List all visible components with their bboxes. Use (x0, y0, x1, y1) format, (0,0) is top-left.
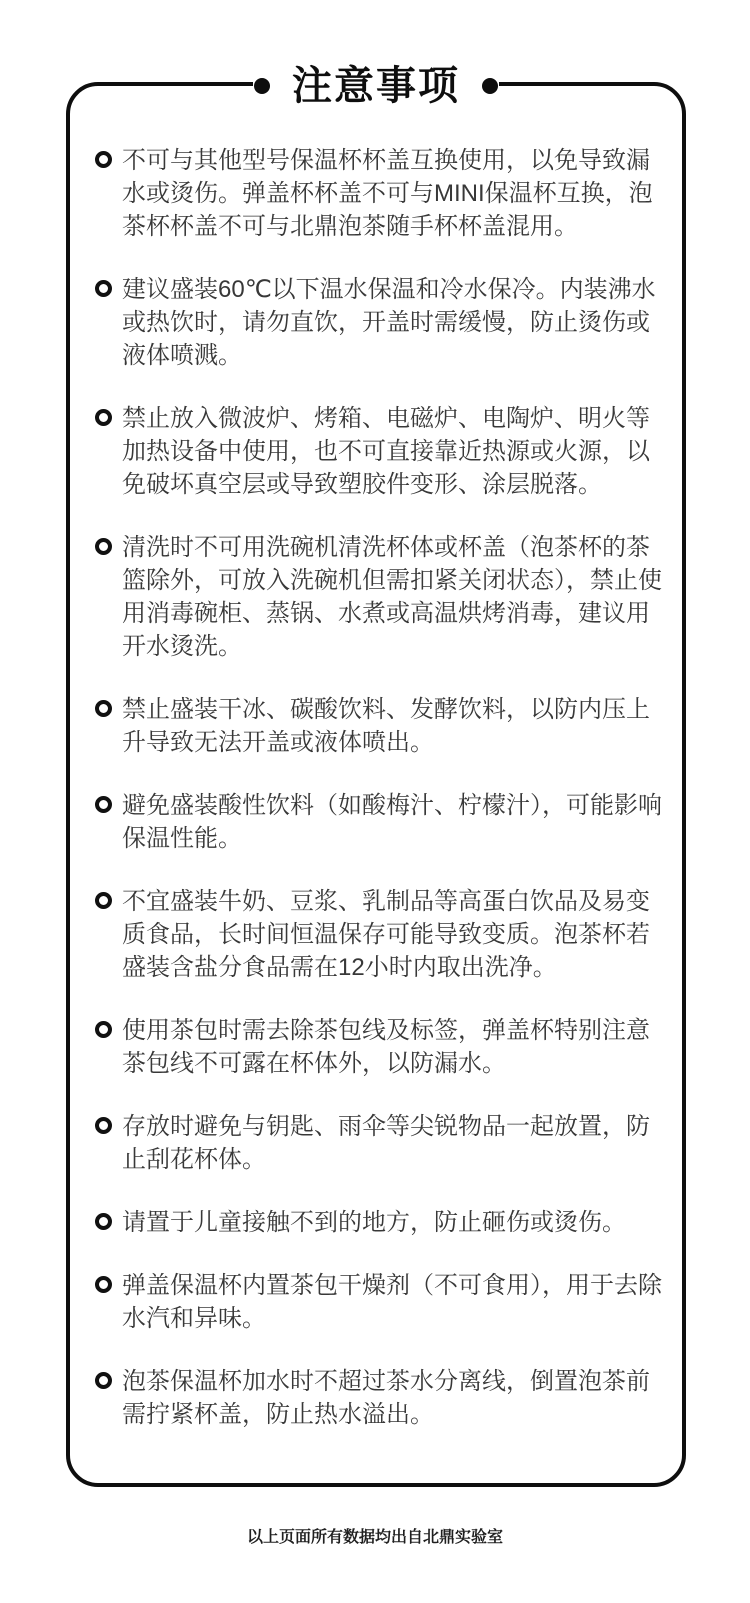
notice-item: 避免盛装酸性饮料（如酸梅汁、柠檬汁），可能影响保温性能。 (95, 789, 662, 855)
notice-item: 禁止盛装干冰、碳酸饮料、发酵饮料，以防内压上升导致无法开盖或液体喷出。 (95, 693, 662, 759)
notice-title-bar: 注意事项 (253, 58, 499, 114)
notice-item-text: 不宜盛装牛奶、豆浆、乳制品等高蛋白饮品及易变质食品，长时间恒温保存可能导致变质。… (122, 885, 662, 984)
notice-list: 不可与其他型号保温杯杯盖互换使用，以免导致漏水或烫伤。弹盖杯杯盖不可与MINI保… (70, 86, 682, 1431)
notice-item: 泡茶保温杯加水时不超过茶水分离线，倒置泡茶前需拧紧杯盖，防止热水溢出。 (95, 1365, 662, 1431)
notice-item-text: 存放时避免与钥匙、雨伞等尖锐物品一起放置，防止刮花杯体。 (122, 1110, 662, 1176)
bullet-ring-icon (95, 892, 112, 909)
bullet-ring-icon (95, 151, 112, 168)
notice-item: 存放时避免与钥匙、雨伞等尖锐物品一起放置，防止刮花杯体。 (95, 1110, 662, 1176)
notice-box: 注意事项 不可与其他型号保温杯杯盖互换使用，以免导致漏水或烫伤。弹盖杯杯盖不可与… (66, 82, 686, 1487)
bullet-ring-icon (95, 280, 112, 297)
notice-item-text: 泡茶保温杯加水时不超过茶水分离线，倒置泡茶前需拧紧杯盖，防止热水溢出。 (122, 1365, 662, 1431)
notice-item: 清洗时不可用洗碗机清洗杯体或杯盖（泡茶杯的茶篮除外，可放入洗碗机但需扣紧关闭状态… (95, 531, 662, 663)
notice-item: 使用茶包时需去除茶包线及标签，弹盖杯特别注意茶包线不可露在杯体外，以防漏水。 (95, 1014, 662, 1080)
bullet-ring-icon (95, 1021, 112, 1038)
notice-item-text: 避免盛装酸性饮料（如酸梅汁、柠檬汁），可能影响保温性能。 (122, 789, 662, 855)
bullet-ring-icon (95, 1372, 112, 1389)
title-dot-right-icon (482, 78, 498, 94)
bullet-ring-icon (95, 1276, 112, 1293)
page-title: 注意事项 (292, 66, 460, 106)
title-dot-left-icon (254, 78, 270, 94)
notice-item-text: 请置于儿童接触不到的地方，防止砸伤或烫伤。 (122, 1206, 662, 1239)
bullet-ring-icon (95, 409, 112, 426)
notice-item: 请置于儿童接触不到的地方，防止砸伤或烫伤。 (95, 1206, 662, 1239)
notice-item-text: 清洗时不可用洗碗机清洗杯体或杯盖（泡茶杯的茶篮除外，可放入洗碗机但需扣紧关闭状态… (122, 531, 662, 663)
bullet-ring-icon (95, 700, 112, 717)
notice-item-text: 建议盛装60℃以下温水保温和冷水保冷。内装沸水或热饮时，请勿直饮，开盖时需缓慢，… (122, 273, 662, 372)
notice-item: 不宜盛装牛奶、豆浆、乳制品等高蛋白饮品及易变质食品，长时间恒温保存可能导致变质。… (95, 885, 662, 984)
footer-note: 以上页面所有数据均出自北鼎实验室 (0, 1524, 750, 1547)
bullet-ring-icon (95, 1213, 112, 1230)
notice-item-text: 弹盖保温杯内置茶包干燥剂（不可食用），用于去除水汽和异味。 (122, 1269, 662, 1335)
bullet-ring-icon (95, 1117, 112, 1134)
notice-item: 禁止放入微波炉、烤箱、电磁炉、电陶炉、明火等加热设备中使用，也不可直接靠近热源或… (95, 402, 662, 501)
notice-item: 建议盛装60℃以下温水保温和冷水保冷。内装沸水或热饮时，请勿直饮，开盖时需缓慢，… (95, 273, 662, 372)
bullet-ring-icon (95, 796, 112, 813)
notice-item: 弹盖保温杯内置茶包干燥剂（不可食用），用于去除水汽和异味。 (95, 1269, 662, 1335)
notice-item-text: 禁止放入微波炉、烤箱、电磁炉、电陶炉、明火等加热设备中使用，也不可直接靠近热源或… (122, 402, 662, 501)
notice-item-text: 禁止盛装干冰、碳酸饮料、发酵饮料，以防内压上升导致无法开盖或液体喷出。 (122, 693, 662, 759)
notice-item: 不可与其他型号保温杯杯盖互换使用，以免导致漏水或烫伤。弹盖杯杯盖不可与MINI保… (95, 144, 662, 243)
bullet-ring-icon (95, 538, 112, 555)
notice-page: 注意事项 不可与其他型号保温杯杯盖互换使用，以免导致漏水或烫伤。弹盖杯杯盖不可与… (0, 0, 750, 1603)
notice-item-text: 使用茶包时需去除茶包线及标签，弹盖杯特别注意茶包线不可露在杯体外，以防漏水。 (122, 1014, 662, 1080)
notice-item-text: 不可与其他型号保温杯杯盖互换使用，以免导致漏水或烫伤。弹盖杯杯盖不可与MINI保… (122, 144, 662, 243)
